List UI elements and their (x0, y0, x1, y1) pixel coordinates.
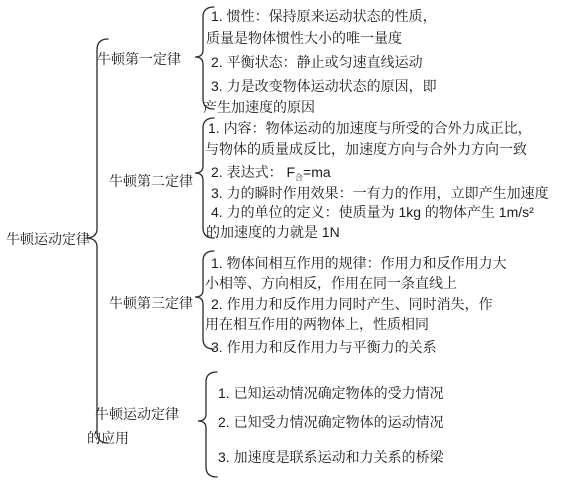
item-line: 4. 力的单位的定义：使质量为 1kg 的物体产生 1m/s² (211, 204, 534, 221)
root-label: 牛顿运动定律 (6, 231, 90, 248)
formula-prefix: 2. 表达式： F (211, 164, 295, 180)
item-line: 用在相互作用的两物体上，性质相同 (205, 316, 429, 333)
branch-label-second-law: 牛顿第二定律 (109, 173, 193, 190)
root-brace (84, 38, 110, 444)
item-line: 的加速度的力就是 1N (206, 224, 340, 241)
item-line: 1. 已知运动情况确定物体的受力情况 (218, 385, 444, 402)
branch-label-applications-line2: 的应用 (87, 430, 129, 447)
item-line: 2. 平衡状态：静止或匀速直线运动 (211, 54, 423, 71)
item-line: 1. 物体间相互作用的规律：作用力和反作用力大 (211, 255, 507, 272)
item-line: 产生加速度的原因 (203, 99, 315, 116)
item-line: 3. 力是改变物体运动状态的原因，即 (211, 78, 437, 95)
item-line: 1. 惯性：保持原来运动状态的性质， (211, 8, 437, 25)
branch-label-applications-line1: 牛顿运动定律 (95, 406, 179, 423)
item-line: 2. 作用力和反作用力同时产生、同时消失，作 (211, 296, 493, 313)
branch-brace-applications (197, 371, 219, 478)
formula-suffix: =ma (303, 164, 331, 180)
branch-label-first-law: 牛顿第一定律 (97, 51, 181, 68)
item-line: 1. 内容：物体运动的加速度与所受的合外力成正比， (208, 120, 532, 137)
branch-label-third-law: 牛顿第三定律 (109, 295, 193, 312)
item-line: 与物体的质量成反比，加速度方向与合外力方向一致 (205, 141, 527, 158)
item-line: 3. 作用力和反作用力与平衡力的关系 (211, 339, 437, 356)
item-line: 质量是物体惯性大小的唯一量度 (206, 30, 402, 47)
item-line: 3. 力的瞬时作用效果：一有力的作用，立即产生加速度 (211, 185, 549, 202)
concept-map: 牛顿运动定律 牛顿第一定律 1. 惯性：保持原来运动状态的性质， 质量是物体惯性… (0, 0, 566, 481)
item-line: 3. 加速度是联系运动和力关系的桥梁 (218, 449, 444, 466)
formula-line: 2. 表达式： F合=ma (211, 164, 331, 186)
formula-subscript: 合 (295, 173, 303, 182)
item-line: 小相等、方向相反，作用在同一条直线上 (205, 275, 457, 292)
item-line: 2. 已知受力情况确定物体的运动情况 (218, 414, 444, 431)
